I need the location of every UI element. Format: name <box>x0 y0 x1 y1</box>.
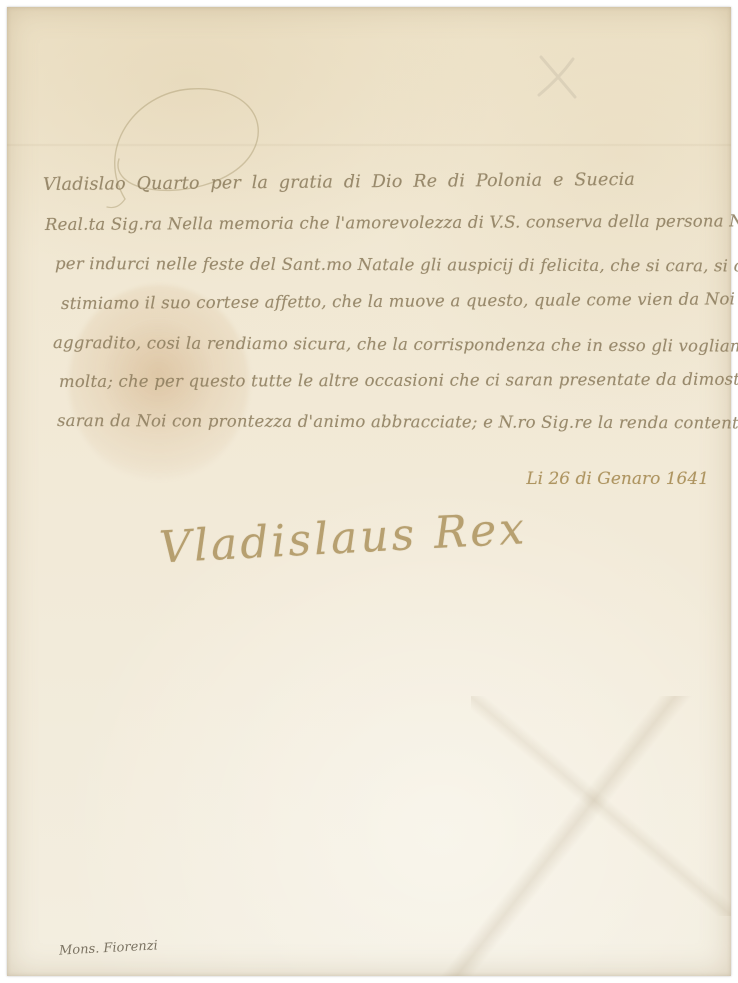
letter-line-2: Real.ta Sig.ra Nella memoria che l'amore… <box>45 212 707 236</box>
fold-crease-bottom-right <box>401 696 731 976</box>
letter-line-5: aggradito, cosi la rendiamo sicura, che … <box>53 333 703 357</box>
docket-note: Mons. Fiorenzi <box>59 938 158 958</box>
letter-line-7: saran da Noi con prontezza d'animo abbra… <box>57 411 707 434</box>
fold-crease-bottom-right-2 <box>471 696 731 916</box>
letter-line-3: per indurci nelle feste del Sant.mo Nata… <box>55 254 711 277</box>
dateline: Li 26 di Genaro 1641 <box>427 469 709 489</box>
royal-signature: Vladislaus Rex <box>158 502 560 574</box>
letter-line-4: stimiamo il suo cortese affetto, che la … <box>61 289 713 314</box>
scanned-letter-page: Vladislao Quarto per la gratia di Dio Re… <box>0 0 738 983</box>
letter-line-1: Vladislao Quarto per la gratia di Dio Re… <box>43 170 635 197</box>
letter-line-6: molta; che per questo tutte le altre occ… <box>59 370 713 393</box>
faint-x-mark <box>527 45 587 105</box>
paper: Vladislao Quarto per la gratia di Dio Re… <box>7 7 731 976</box>
